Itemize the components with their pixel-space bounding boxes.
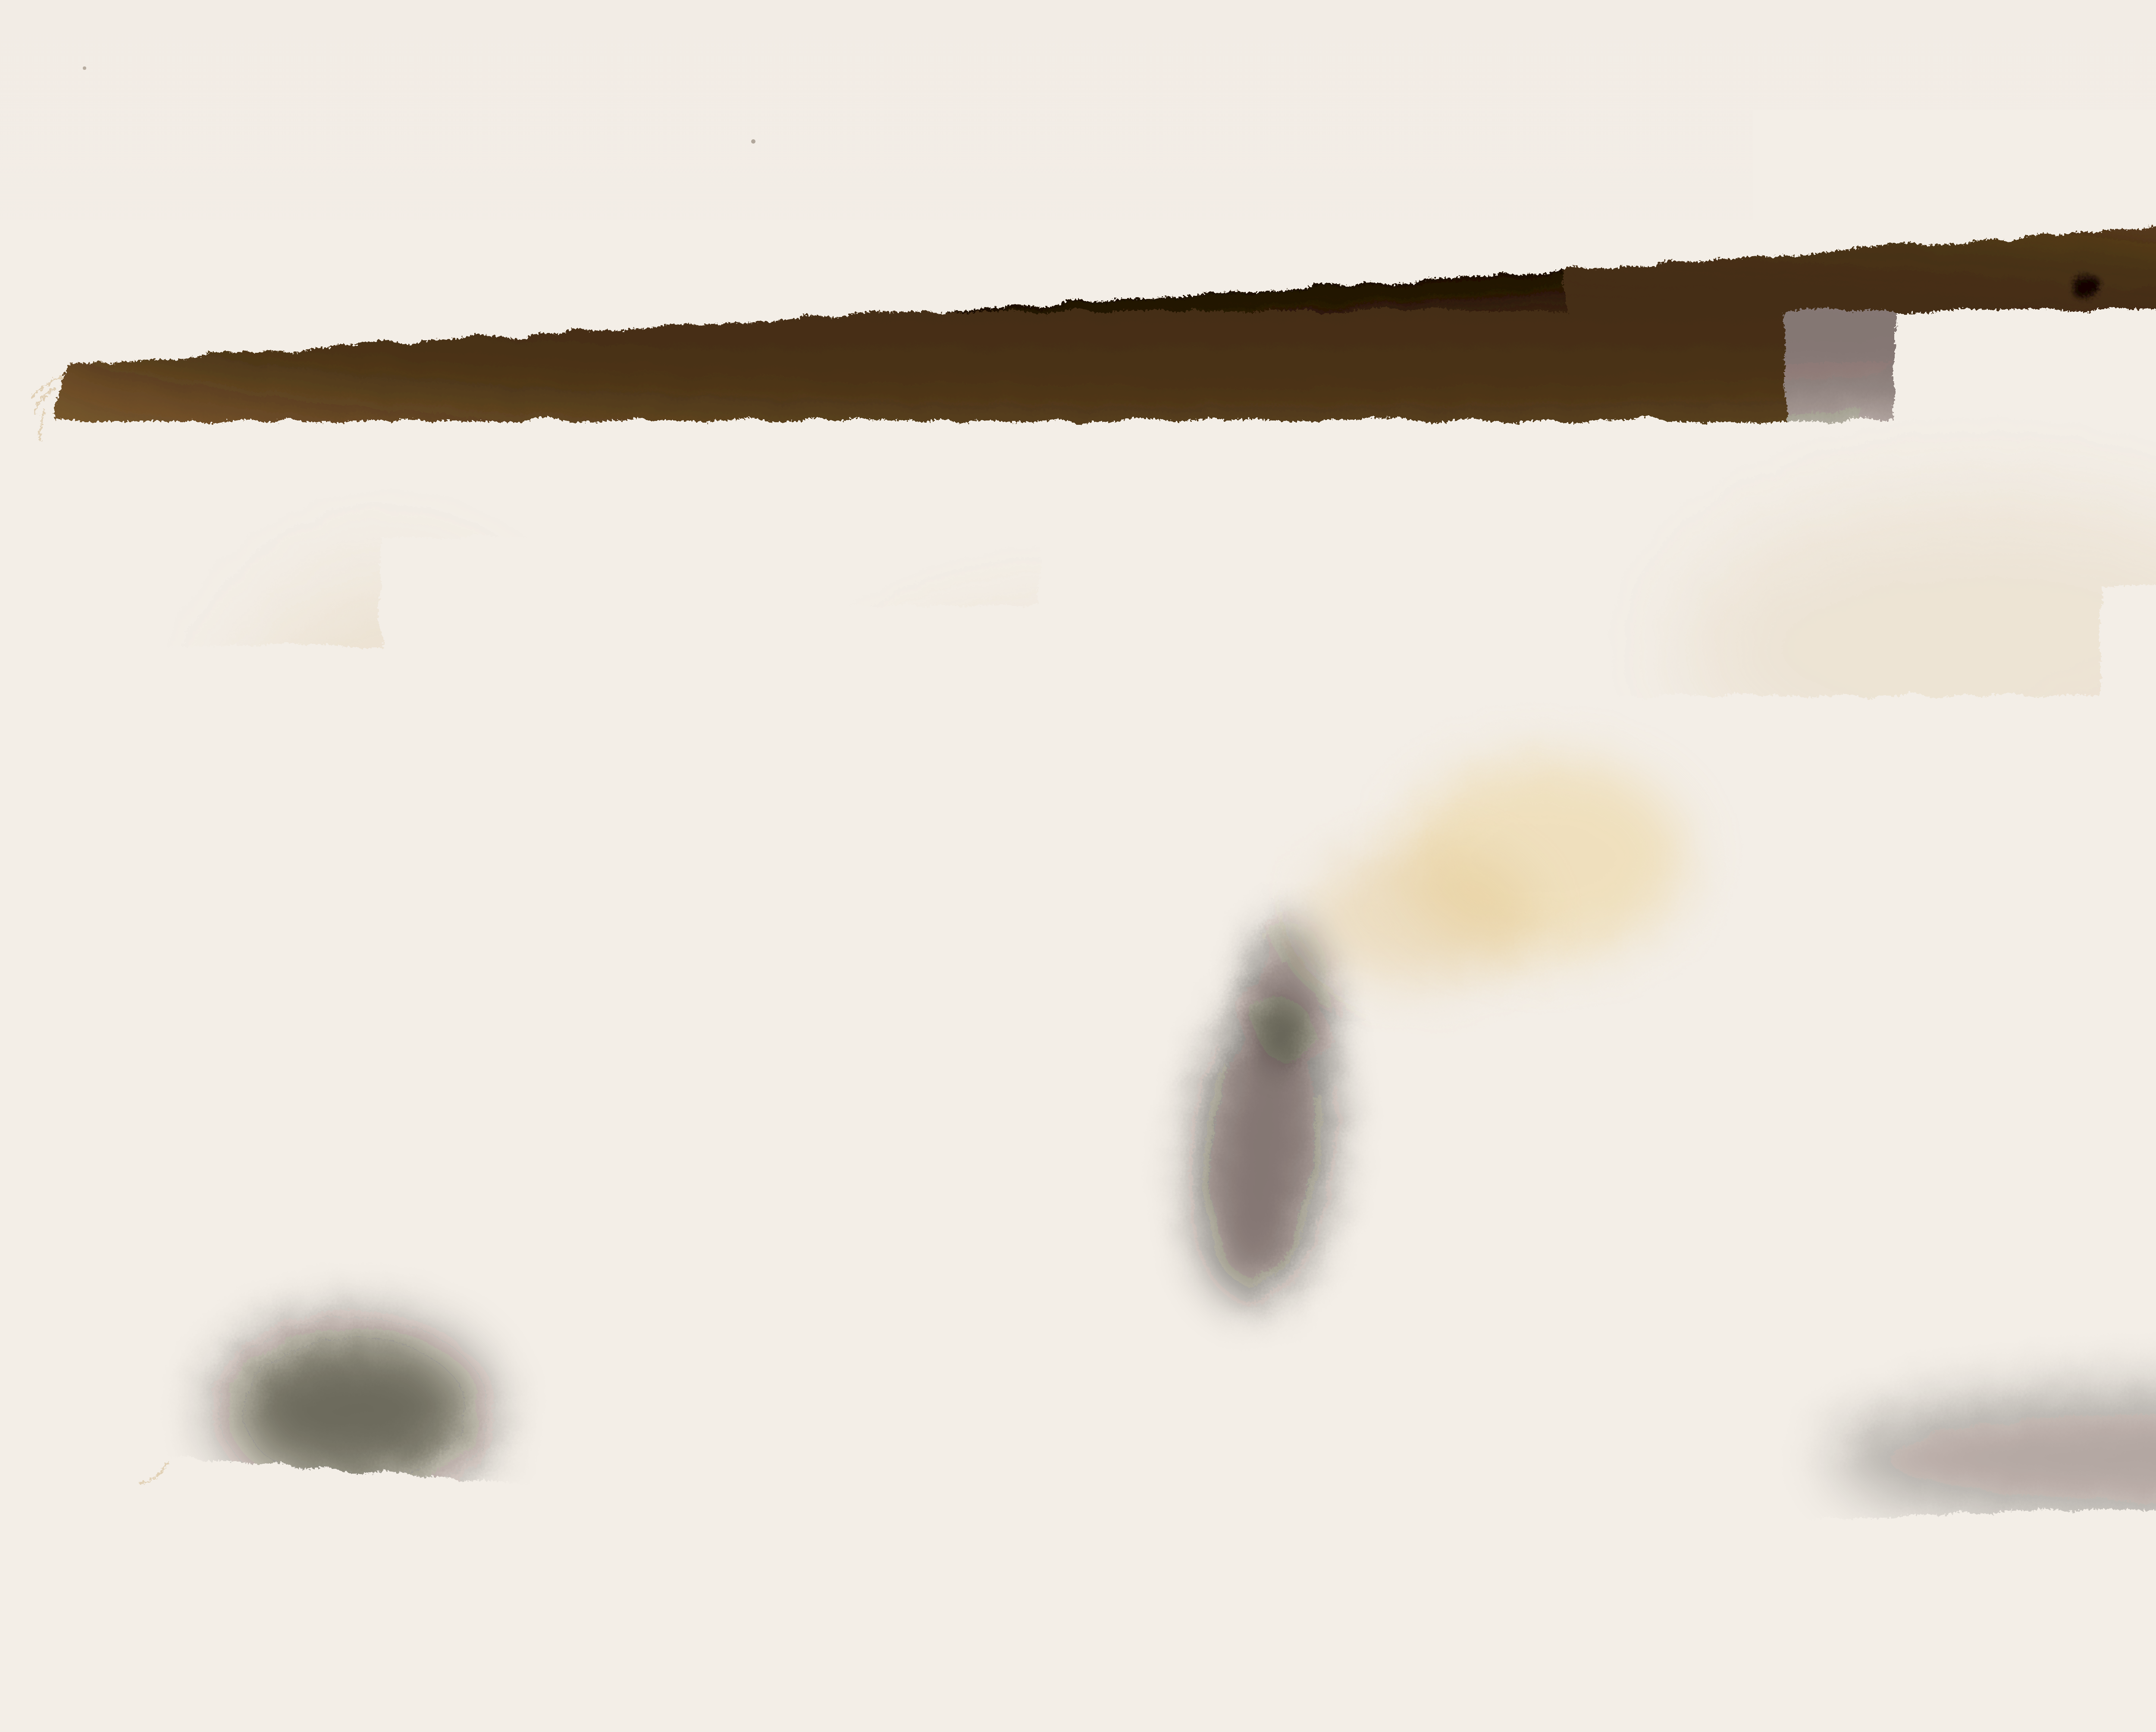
crease-2 [1300, 1294, 1300, 1522]
crease-4 [2001, 1285, 2002, 1479]
crease-3 [1590, 1340, 1592, 1518]
manuscript-photo: Backlit photograph of a Tibetan pothi ma… [0, 0, 2156, 1732]
photo-stage: Backlit photograph of a Tibetan pothi ma… [0, 0, 2156, 1732]
background-speck [251, 296, 254, 299]
background-speck [751, 139, 755, 144]
background-speck [83, 66, 86, 70]
